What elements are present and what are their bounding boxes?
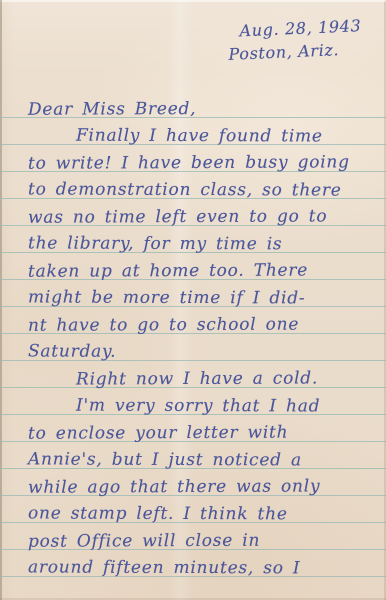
- letter-line: taken up at home too. There: [0, 257, 386, 286]
- letter-line: Finally I have found time: [0, 122, 386, 150]
- letter-line: Saturday.: [0, 338, 386, 366]
- letter-body: Dear Miss Breed,Finally I have found tim…: [0, 96, 386, 582]
- letter-line: nt have to go to school one: [0, 311, 386, 340]
- letter-line: was no time left even to go to: [0, 203, 386, 232]
- letter-line: to demonstration class, so there: [0, 176, 386, 204]
- letter-line: one stamp left. I think the: [0, 500, 386, 528]
- dateline: Aug. 28, 1943 Poston, Ariz.: [227, 14, 363, 66]
- letter-line: might be more time if I did-: [0, 284, 386, 312]
- letter-line: post Office will close in: [0, 527, 386, 556]
- dateline-place: Poston, Ariz.: [228, 37, 363, 66]
- letter-line: I'm very sorry that I had: [0, 392, 386, 420]
- letter-line: to write! I have been busy going: [0, 149, 386, 178]
- letter-line: Annie's, but I just noticed a: [0, 446, 386, 474]
- letter-line: Dear Miss Breed,: [0, 95, 386, 124]
- letter-line: around fifteen minutes, so I: [0, 554, 386, 582]
- letter-page: Aug. 28, 1943 Poston, Ariz. Dear Miss Br…: [0, 0, 386, 600]
- letter-line: while ago that there was only: [0, 473, 386, 502]
- letter-line: to enclose your letter with: [0, 419, 386, 448]
- letter-line: the library, for my time is: [0, 230, 386, 258]
- letter-line: Right now I have a cold.: [0, 365, 386, 394]
